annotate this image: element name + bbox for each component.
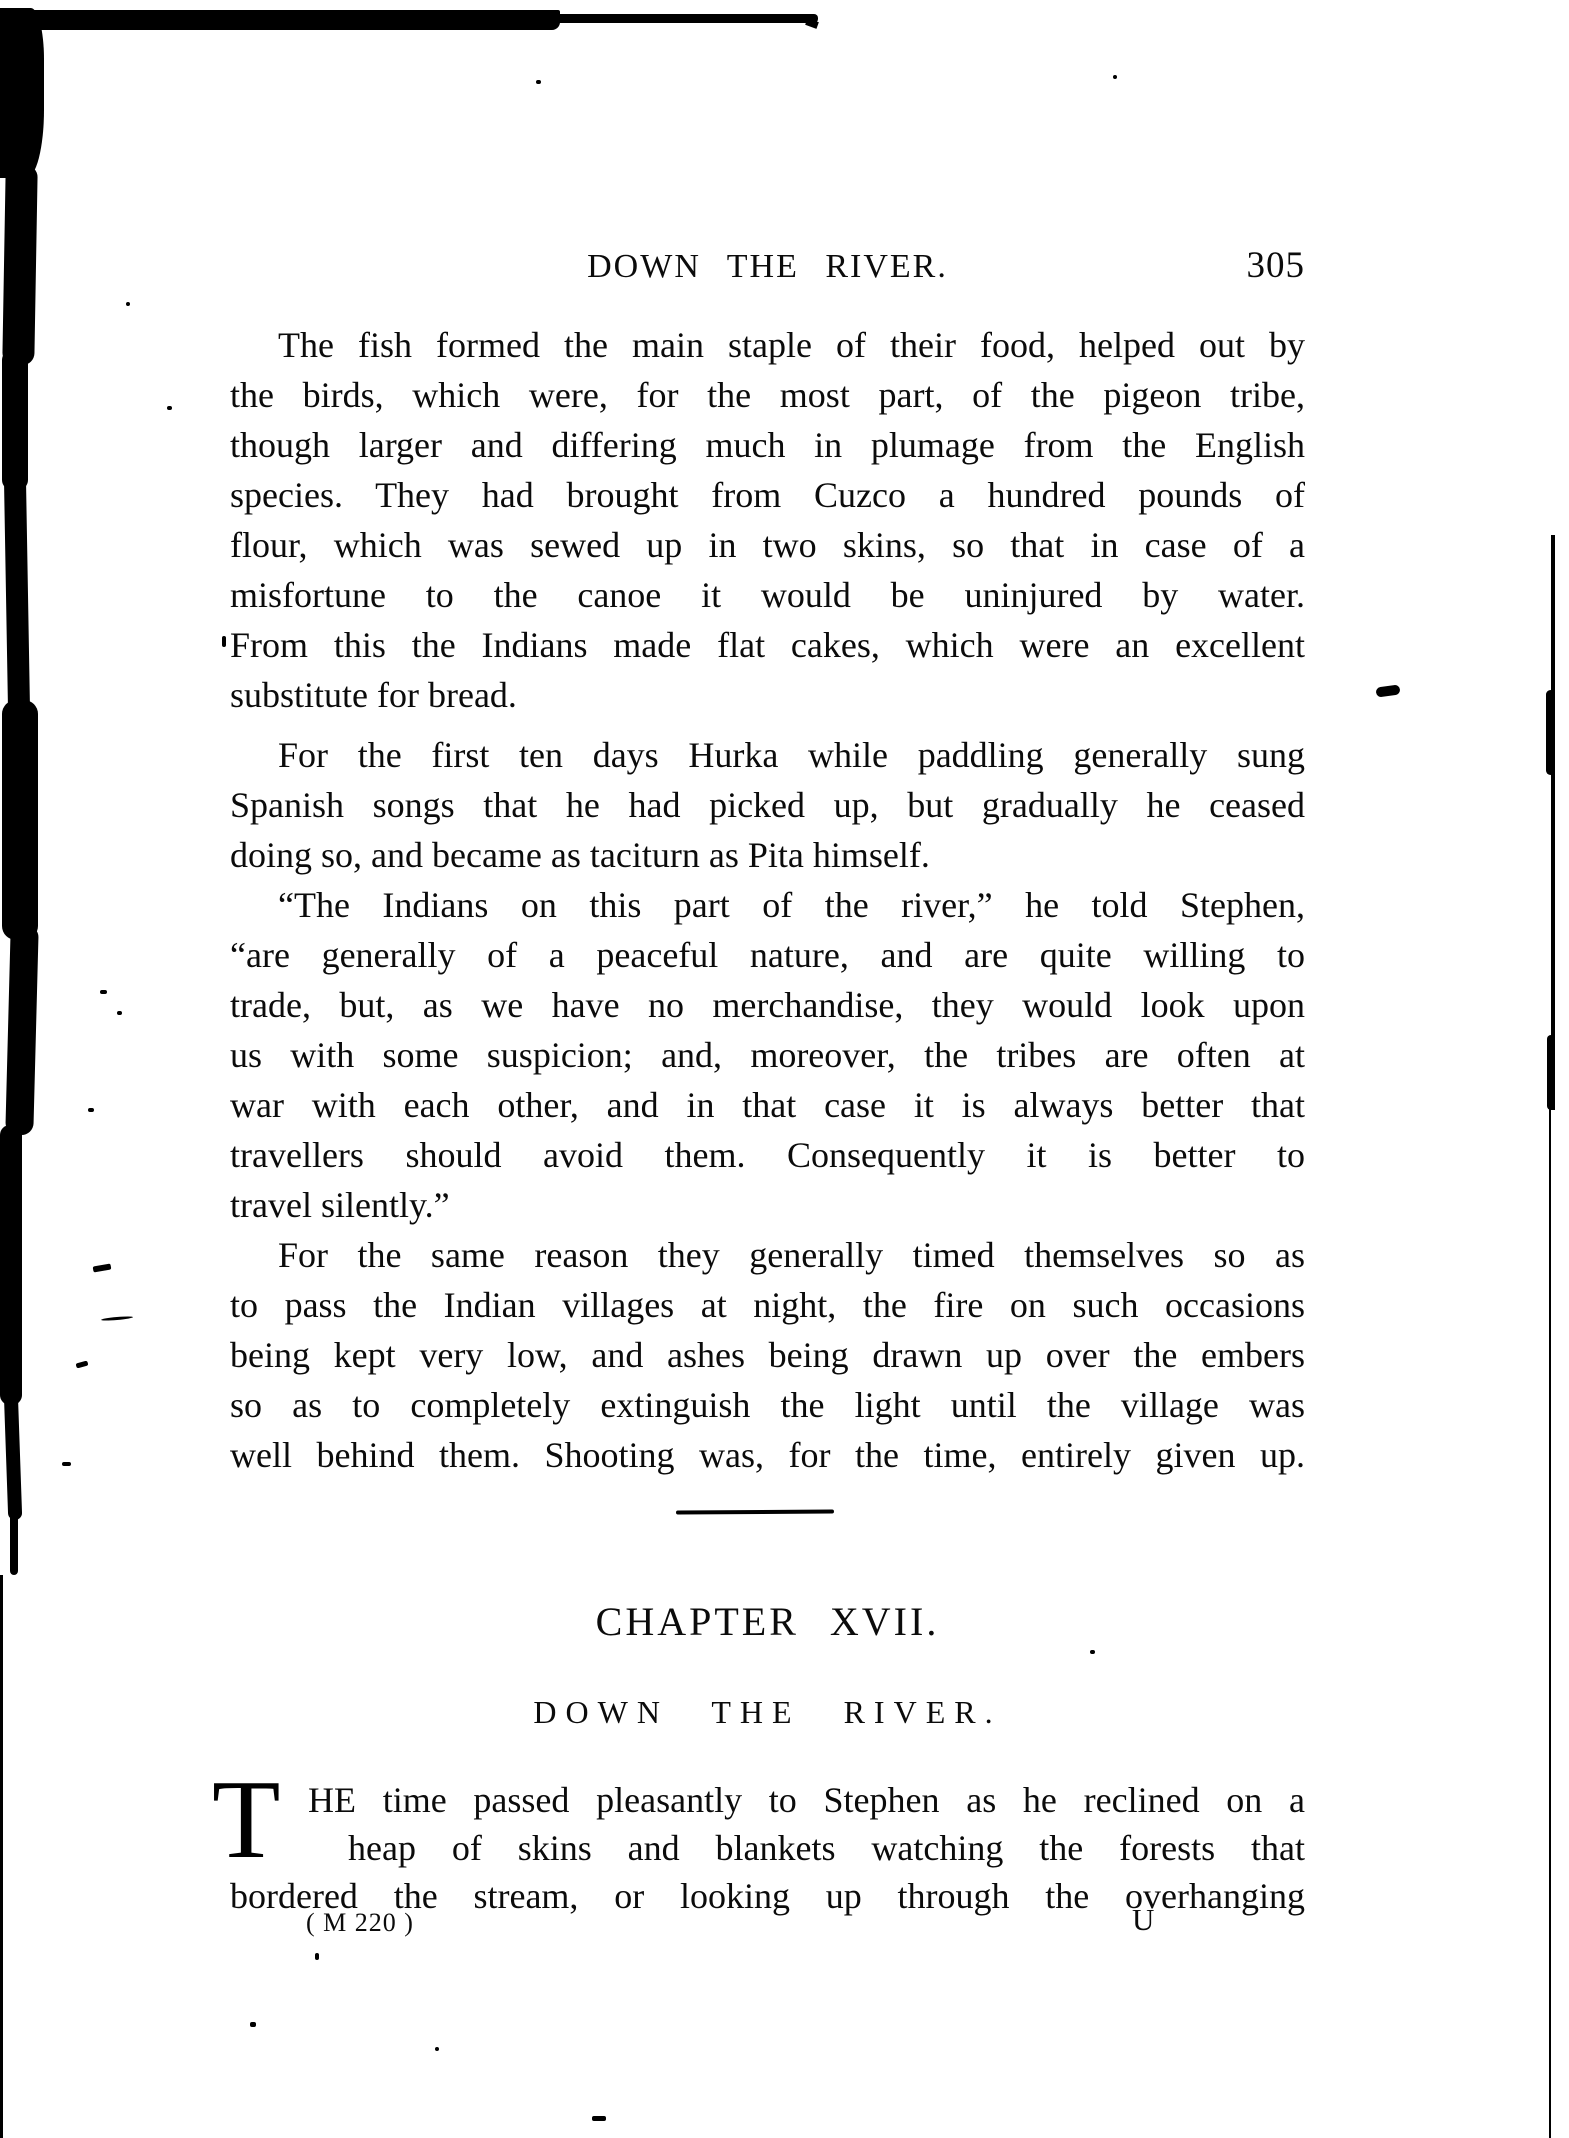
text-line: to pass the Indian villages at night, th… bbox=[230, 1280, 1305, 1330]
scan-ink-left-border bbox=[4, 1390, 23, 1520]
scan-speck bbox=[250, 2022, 256, 2027]
scan-ink-left-border bbox=[5, 925, 38, 1136]
scan-speck bbox=[126, 302, 130, 306]
page-number: 305 bbox=[230, 244, 1305, 287]
scan-speck bbox=[93, 1263, 112, 1272]
scan-right-edge-line bbox=[1551, 535, 1555, 1110]
scan-speck bbox=[101, 1316, 133, 1322]
text-line: so as to completely extinguish the light… bbox=[230, 1380, 1305, 1430]
text-line: substitute for bread. bbox=[230, 670, 1305, 720]
scan-ink-left-border bbox=[10, 1505, 18, 1575]
text-line: the birds, which were, for the most part… bbox=[230, 370, 1305, 420]
text-line: travellers should avoid them. Consequent… bbox=[230, 1130, 1305, 1180]
scan-speck bbox=[76, 1361, 89, 1369]
text-line: though larger and differing much in plum… bbox=[230, 420, 1305, 470]
text-line: being kept very low, and ashes being dra… bbox=[230, 1330, 1305, 1380]
chapter-heading: CHAPTER XVII. bbox=[230, 1598, 1305, 1645]
scan-speck bbox=[536, 80, 541, 84]
paragraph: For the same reason they generally timed… bbox=[230, 1230, 1305, 1480]
text-line: The fish formed the main staple of their… bbox=[230, 320, 1305, 370]
text-line: From this the Indians made flat cakes, w… bbox=[230, 620, 1305, 670]
text-line: well behind them. Shooting was, for the … bbox=[230, 1430, 1305, 1480]
scan-right-edge-blob bbox=[1547, 1035, 1555, 1110]
scan-ink-left-border bbox=[4, 470, 30, 720]
scan-speck bbox=[88, 1108, 94, 1112]
scan-ink-top-border bbox=[0, 10, 560, 30]
signature-mark: ( M 220 ) bbox=[306, 1908, 414, 1938]
text-line: species. They had brought from Cuzco a h… bbox=[230, 470, 1305, 520]
scan-ink-top-border-thin bbox=[540, 14, 818, 23]
scan-right-edge-blob bbox=[1546, 690, 1555, 775]
scan-margin-dash bbox=[1375, 684, 1400, 697]
catchword: U bbox=[1132, 1902, 1154, 1938]
section-divider bbox=[676, 1509, 834, 1514]
scan-speck bbox=[1113, 75, 1117, 79]
text-line: trade, but, as we have no merchandise, t… bbox=[230, 980, 1305, 1030]
paragraph: “The Indians on this part of the river,”… bbox=[230, 880, 1305, 1230]
scan-speck bbox=[592, 2116, 606, 2121]
text-line: HE time passed pleasantly to Stephen as … bbox=[230, 1776, 1305, 1824]
opening-paragraph: HE time passed pleasantly to Stephen as … bbox=[230, 1776, 1305, 1920]
chapter-subheading: DOWN THE RIVER. bbox=[230, 1694, 1305, 1731]
scan-ink-left-border bbox=[0, 8, 44, 178]
text-line: heap of skins and blankets watching the … bbox=[230, 1824, 1305, 1872]
paragraph: For the first ten days Hurka while paddl… bbox=[230, 730, 1305, 880]
scan-speck bbox=[167, 406, 172, 410]
text-line: doing so, and became as taciturn as Pita… bbox=[230, 830, 1305, 880]
paragraph: The fish formed the main staple of their… bbox=[230, 320, 1305, 720]
scan-left-edge-line bbox=[0, 1575, 3, 2138]
scan-speck bbox=[435, 2047, 439, 2051]
text-line: For the first ten days Hurka while paddl… bbox=[230, 730, 1305, 780]
text-line: “are generally of a peaceful nature, and… bbox=[230, 930, 1305, 980]
scan-ink-left-border bbox=[0, 1125, 22, 1405]
text-line: war with each other, and in that case it… bbox=[230, 1080, 1305, 1130]
scan-speck bbox=[315, 1953, 319, 1960]
scan-ink-left-border bbox=[2, 700, 38, 940]
text-line: Spanish songs that he had picked up, but… bbox=[230, 780, 1305, 830]
scan-speck bbox=[62, 1462, 71, 1466]
text-line: misfortune to the canoe it would be unin… bbox=[230, 570, 1305, 620]
text-line: “The Indians on this part of the river,”… bbox=[230, 880, 1305, 930]
scan-speck bbox=[100, 990, 107, 994]
scan-speck bbox=[222, 636, 226, 647]
text-line: For the same reason they generally timed… bbox=[230, 1230, 1305, 1280]
scan-speck bbox=[117, 1011, 122, 1015]
text-line: travel silently.” bbox=[230, 1180, 1305, 1230]
text-line: flour, which was sewed up in two skins, … bbox=[230, 520, 1305, 570]
text-line: us with some suspicion; and, moreover, t… bbox=[230, 1030, 1305, 1080]
scan-right-edge-line-thin bbox=[1549, 1108, 1551, 2138]
scan-ink-left-border bbox=[2, 165, 37, 366]
scan-speck bbox=[1090, 1650, 1095, 1654]
book-page-scan: DOWN THE RIVER. 305 The fish formed the … bbox=[0, 0, 1569, 2138]
